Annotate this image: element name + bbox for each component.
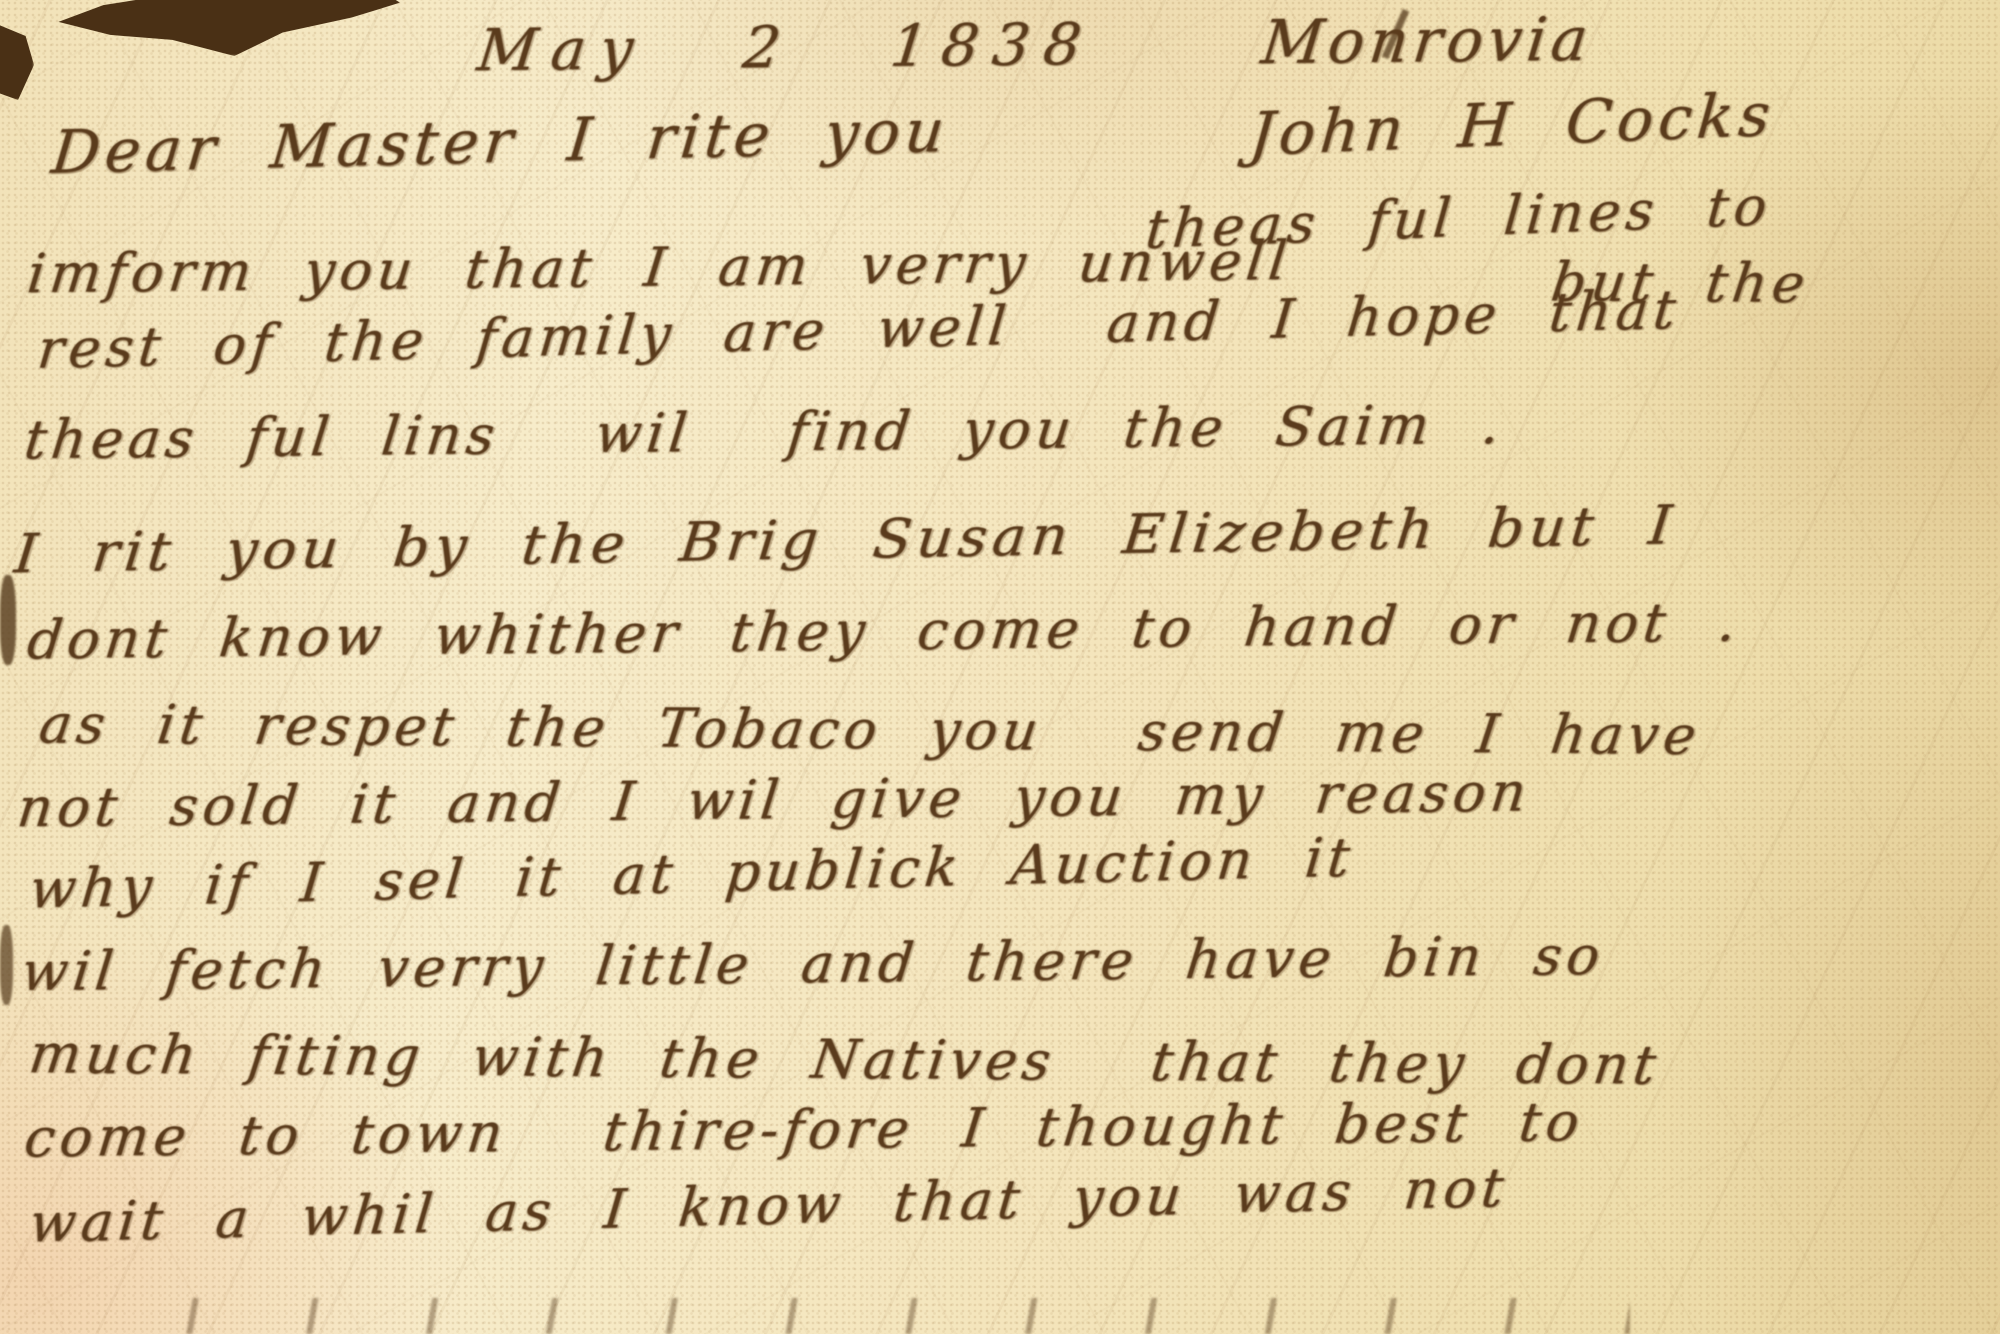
letter-line: wil fetch verry little and there have bi… bbox=[18, 923, 1608, 1003]
letter-line: much fiting with the Natives that they d… bbox=[26, 1022, 1665, 1096]
letter-line: why if I sel it at publick Auction it bbox=[27, 826, 1358, 921]
letter-line: I rit you by the Brig Susan Elizebeth bu… bbox=[12, 493, 1680, 585]
letter-line: wait a whil as I know that you was not bbox=[27, 1156, 1512, 1255]
left-edge-mark-low bbox=[0, 925, 13, 1005]
torn-corner-blot bbox=[55, 0, 400, 56]
place-text: Monrovia bbox=[1258, 5, 1596, 78]
left-edge-mark-mid bbox=[0, 575, 16, 665]
letter-line: theas ful lins wil find you the Saim . bbox=[21, 393, 1507, 471]
cutoff-line-fragments bbox=[150, 1298, 1630, 1334]
letter-line: dont know whither they come to hand or n… bbox=[24, 590, 1744, 671]
date-text: May 2 1838 bbox=[474, 10, 1099, 84]
letter-scan-page: May 2 1838 Monrovia Dear Master I rite y… bbox=[0, 0, 2000, 1334]
letter-line: as it respet the Tobaco you send me I ha… bbox=[36, 692, 1705, 767]
left-edge-blot bbox=[0, 22, 34, 100]
letter-line: come to town thire-fore I thought best t… bbox=[21, 1090, 1587, 1169]
author-name-text: John H Cocks bbox=[1247, 80, 1778, 170]
salutation-text: Dear Master I rite you bbox=[49, 96, 953, 188]
